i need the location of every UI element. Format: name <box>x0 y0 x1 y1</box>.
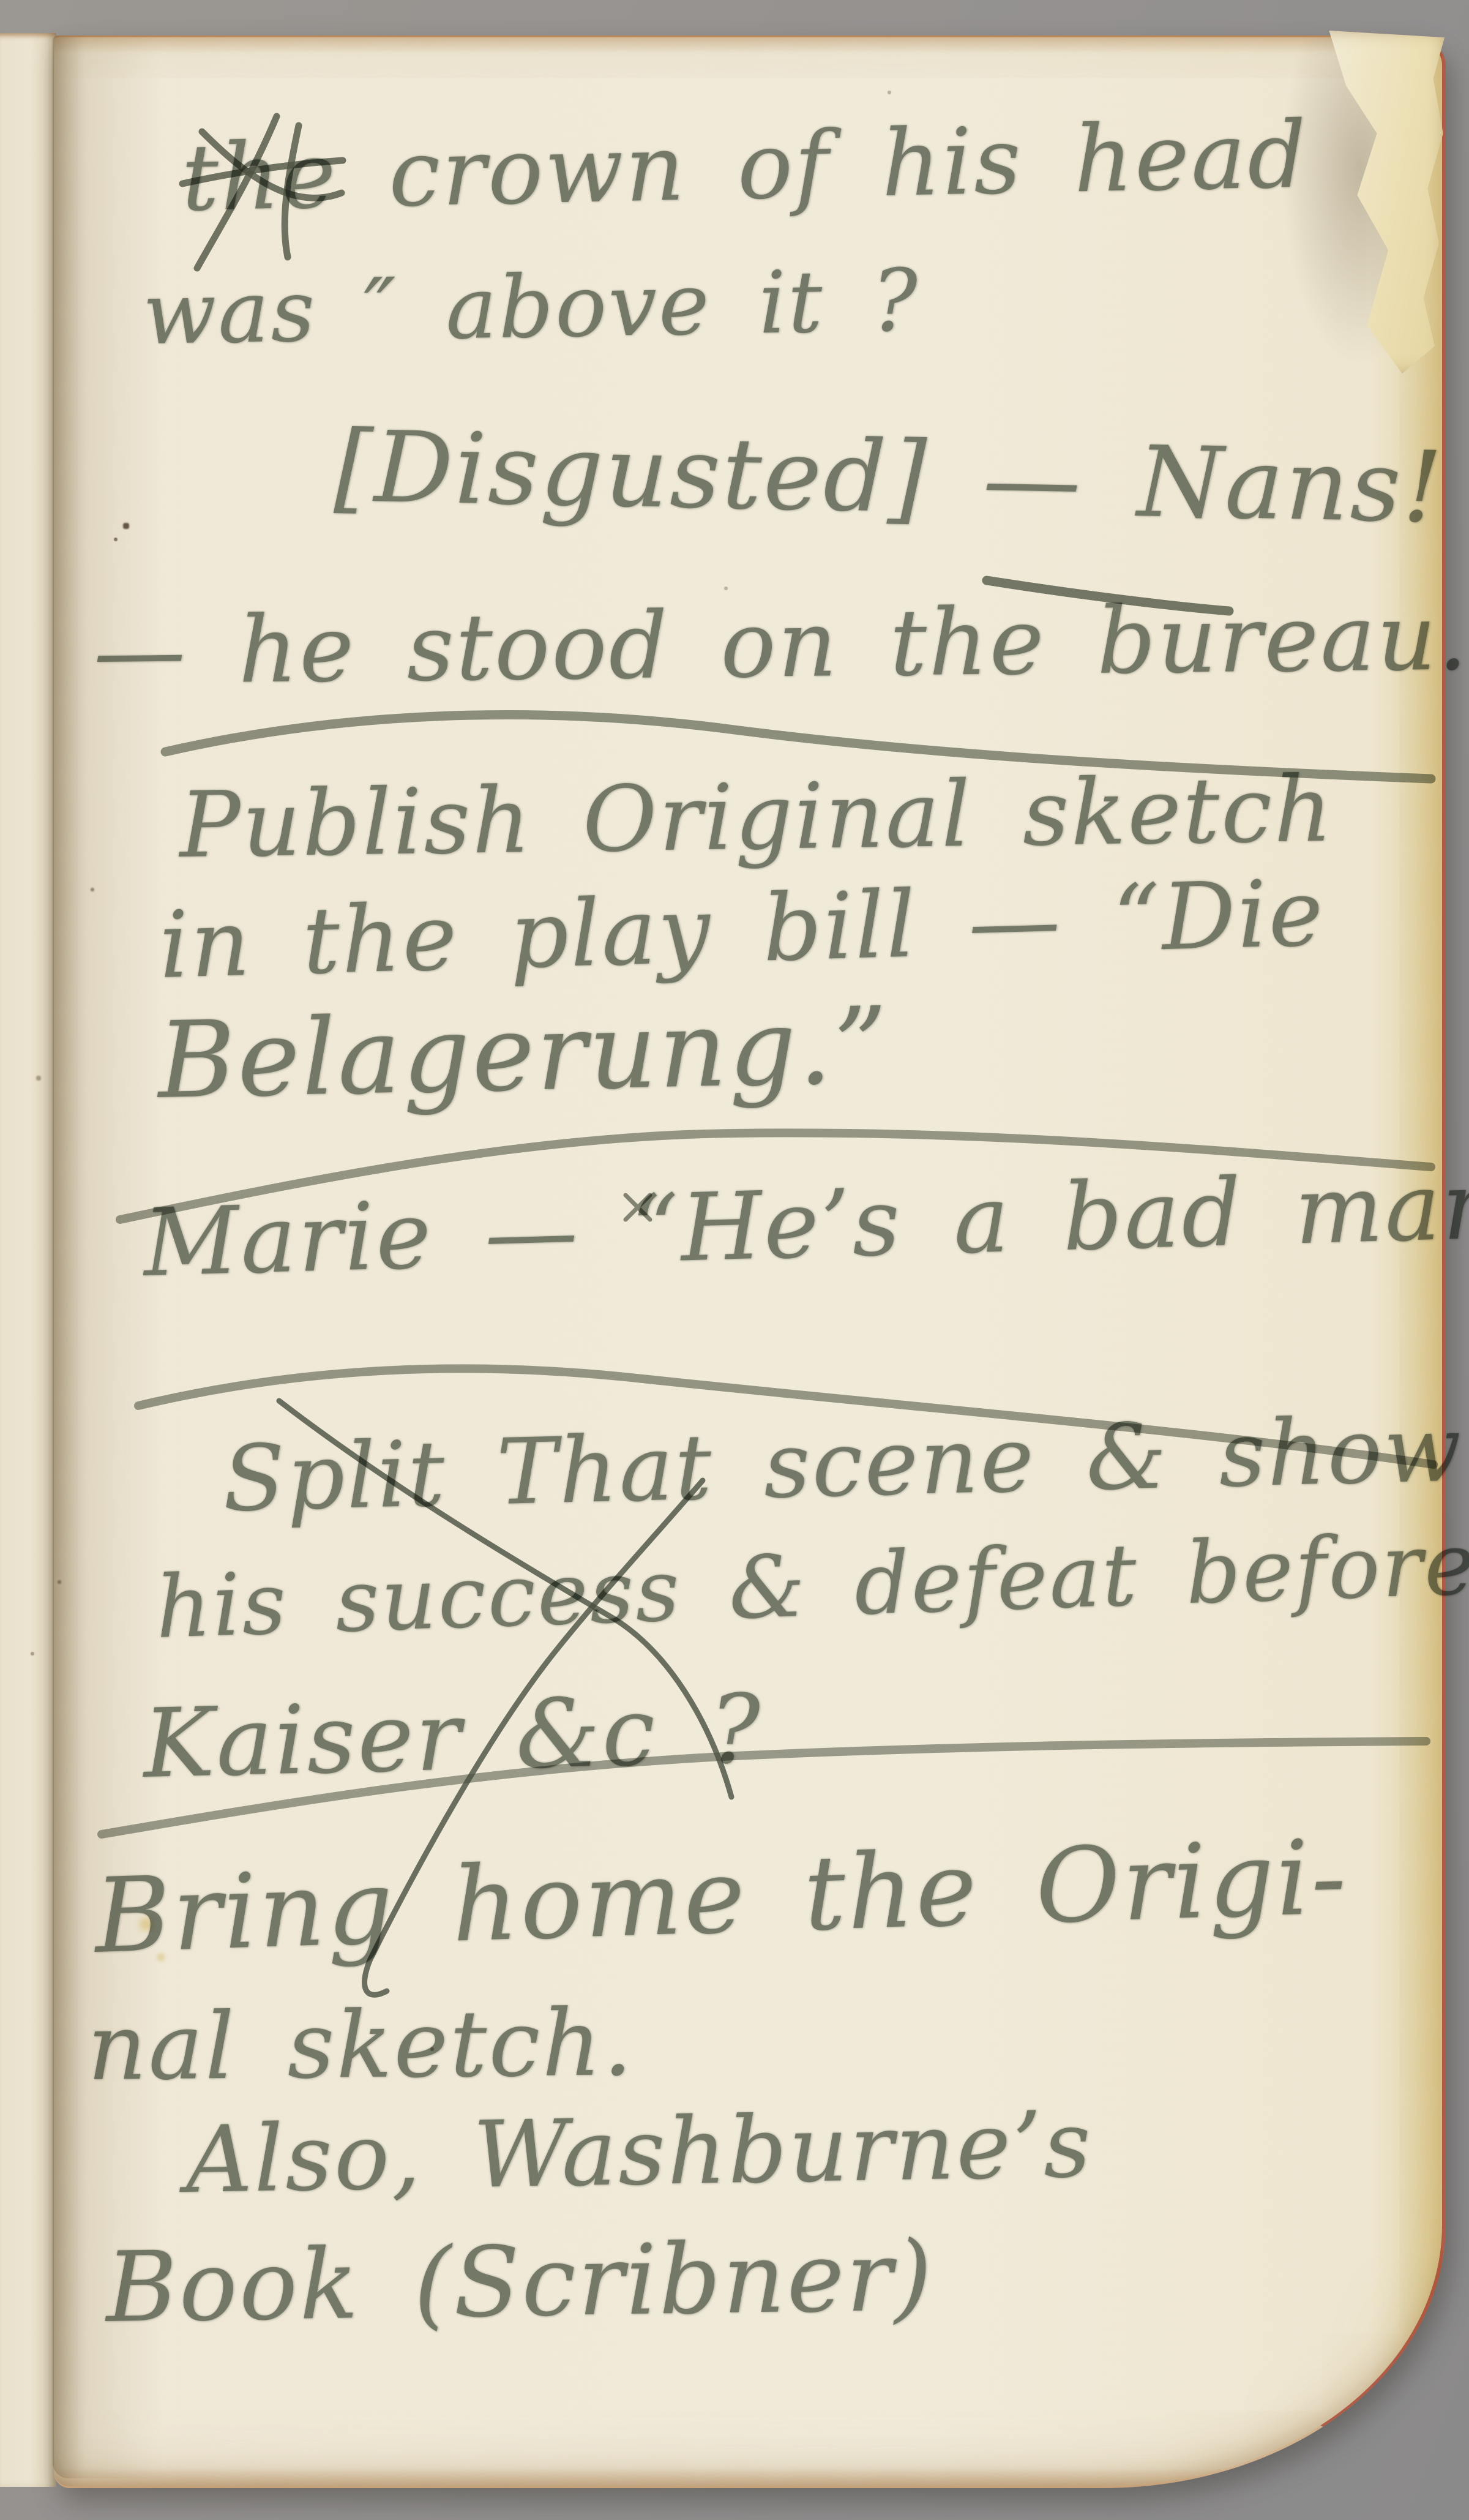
previous-page-edge <box>0 33 56 2487</box>
handwriting-line-14: Also, Washburne’s <box>185 2091 1093 2214</box>
handwriting-line-3: [Disgusted] — Nans! <box>333 409 1445 545</box>
handwriting-line-5: Publish Original sketch <box>179 757 1334 878</box>
handwriting-line-2: was ″ above it ? <box>142 251 921 364</box>
paper-specks <box>0 0 1 1</box>
handwriting-line-13: nal sketch. <box>87 1990 634 2101</box>
handwriting-line-7: Belagerung.” <box>157 984 891 1122</box>
handwriting-line-15: Book (Scribner) <box>105 2220 935 2344</box>
handwriting-line-4: — he stood on the bureau. <box>93 584 1469 705</box>
handwriting-line-11: Kaiser &c ? <box>142 1673 764 1799</box>
notebook-scan: the crown of his head was ″ above it ? [… <box>0 0 1469 2520</box>
